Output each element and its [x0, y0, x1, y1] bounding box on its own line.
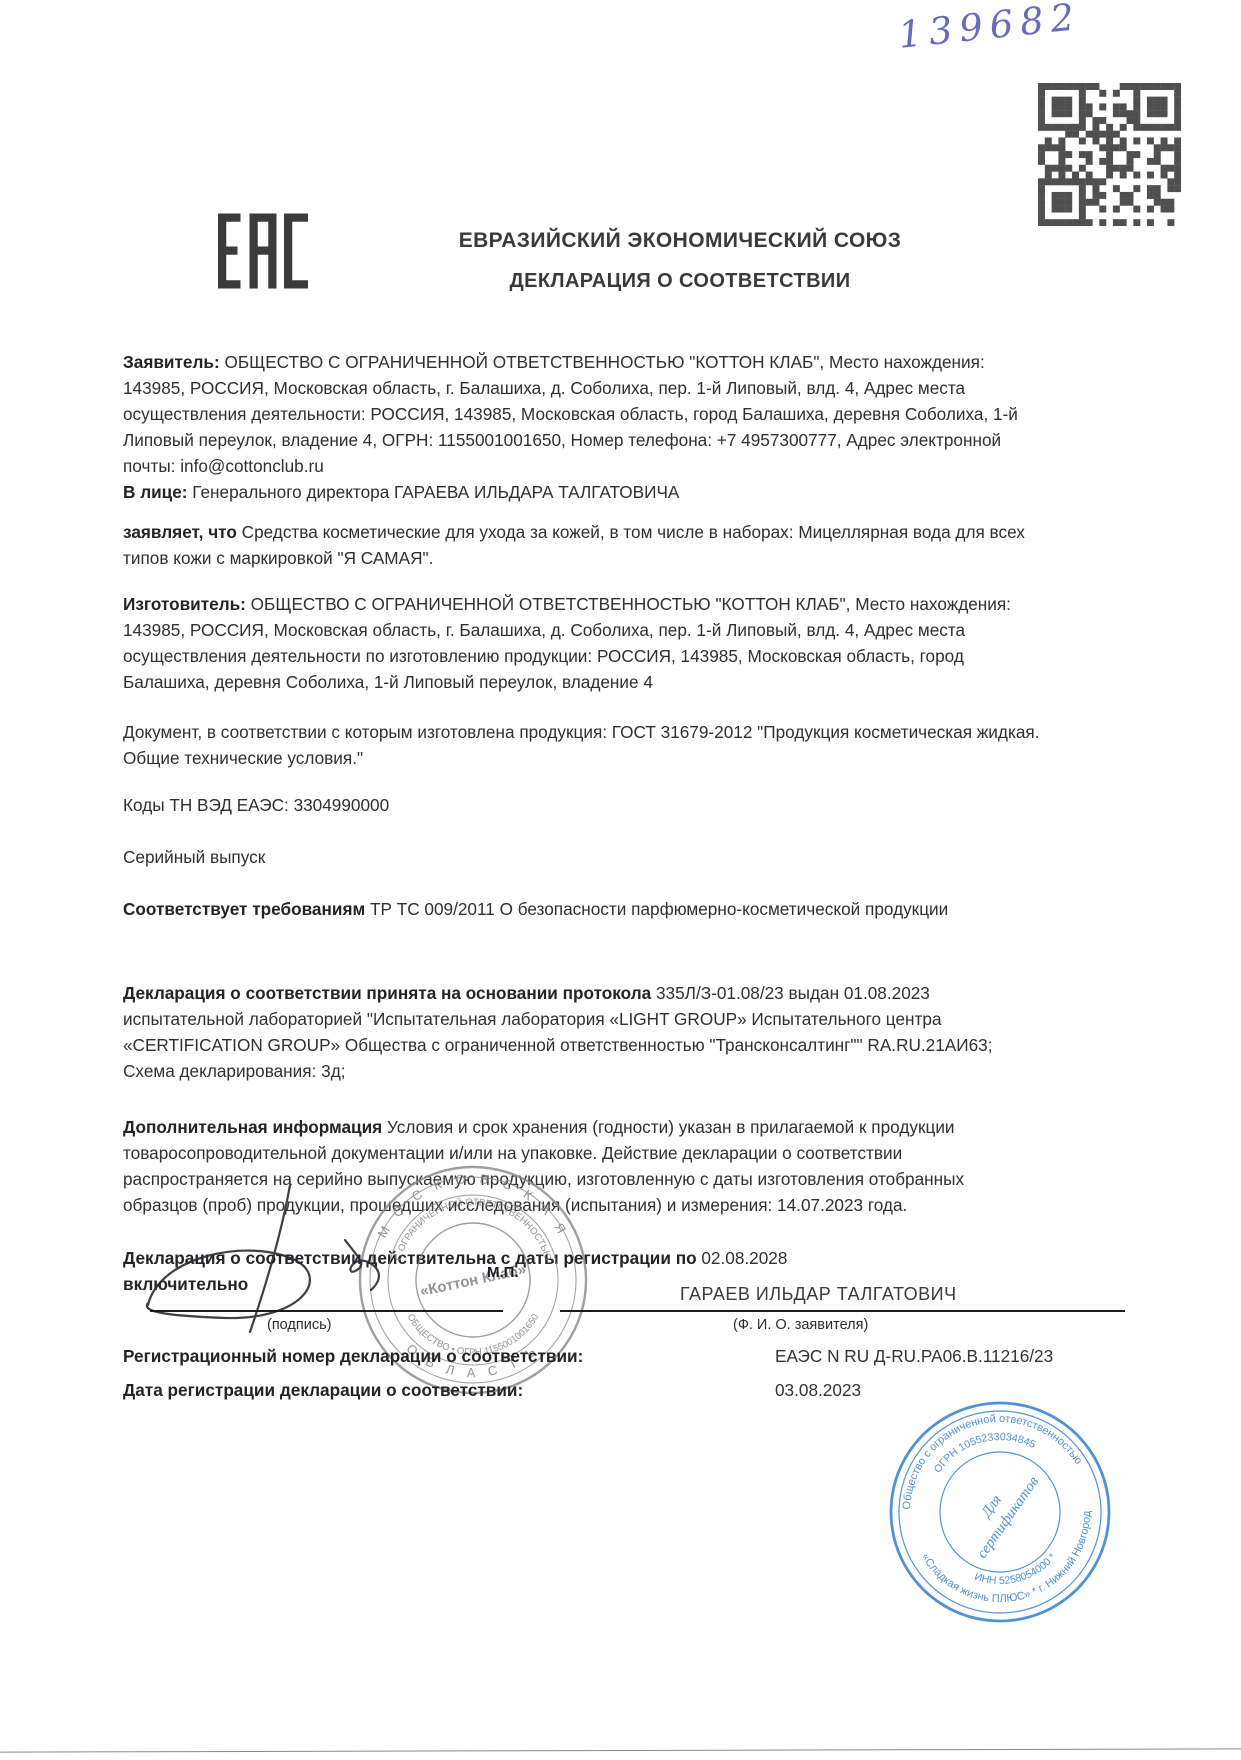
codes-text: Коды ТН ВЭД ЕАЭС: 3304990000	[123, 795, 389, 815]
serial-paragraph: Серийный выпуск	[123, 844, 1040, 870]
applicant-text: ОБЩЕСТВО С ОГРАНИЧЕННОЙ ОТВЕТСТВЕННОСТЬЮ…	[123, 352, 1018, 476]
document-paragraph: Документ, в соответствии с которым изгот…	[123, 719, 1040, 771]
manufacturer-paragraph: Изготовитель: ОБЩЕСТВО С ОГРАНИЧЕННОЙ ОТ…	[123, 591, 1040, 695]
signature-caption: (подпись)	[267, 1317, 331, 1333]
registration-number-label: Регистрационный номер декларации о соотв…	[123, 1346, 583, 1366]
registration-number-row: Регистрационный номер декларации о соотв…	[123, 1346, 1138, 1367]
in-person-paragraph: В лице: Генерального директора ГАРАЕВА И…	[123, 479, 1040, 505]
name-line	[560, 1310, 1125, 1312]
registration-number-value: ЕАЭС N RU Д-RU.РА06.В.11216/23	[775, 1346, 1053, 1367]
declares-text: Средства косметические для ухода за коже…	[123, 522, 1025, 568]
applicant-label: Заявитель:	[123, 352, 220, 372]
registration-date-label: Дата регистрации декларации о соответств…	[123, 1380, 523, 1400]
mp-seal-mark: М.П.	[487, 1264, 519, 1281]
registration-date-row: Дата регистрации декларации о соответств…	[123, 1380, 1138, 1401]
svg-text:Общество с ограниченной ответс: Общество с ограниченной ответственностью	[883, 1392, 1086, 1513]
codes-paragraph: Коды ТН ВЭД ЕАЭС: 3304990000	[123, 792, 1040, 818]
union-title: ЕВРАЗИЙСКИЙ ЭКОНОМИЧЕСКИЙ СОЮЗ	[150, 229, 1210, 253]
signature-line	[150, 1310, 503, 1312]
declares-paragraph: заявляет, что Средства косметические для…	[123, 519, 1040, 571]
in-person-text: Генерального директора ГАРАЕВА ИЛЬДАРА Т…	[188, 482, 680, 502]
qr-code	[1038, 83, 1181, 226]
cert-stamp-ring1-top: Общество с ограниченной ответственностью	[883, 1392, 1086, 1513]
validity-date: 02.08.2028	[697, 1248, 788, 1268]
cert-stamp-center-line2: сертификатов	[974, 1473, 1042, 1561]
cert-stamp: Общество с ограниченной ответственностью…	[880, 1392, 1120, 1632]
serial-text: Серийный выпуск	[123, 847, 265, 867]
doc-title: ДЕКЛАРАЦИЯ О СООТВЕТСТВИИ	[150, 270, 1210, 293]
manufacturer-text: ОБЩЕСТВО С ОГРАНИЧЕННОЙ ОТВЕТСТВЕННОСТЬЮ…	[123, 594, 1011, 692]
basis-paragraph: Декларация о соответствии принята на осн…	[123, 980, 1040, 1084]
applicant-paragraph: Заявитель: ОБЩЕСТВО С ОГРАНИЧЕННОЙ ОТВЕТ…	[123, 349, 1040, 479]
in-person-label: В лице:	[123, 482, 188, 502]
document-text: Документ, в соответствии с которым изгот…	[123, 722, 1039, 768]
registration-date-value: 03.08.2023	[775, 1380, 861, 1401]
complies-paragraph: Соответствует требованиям ТР ТС 009/2011…	[123, 896, 1040, 922]
complies-text: ТР ТС 009/2011 О безопасности парфюмерно…	[365, 899, 948, 919]
handwritten-number: 139682	[896, 0, 1089, 57]
additional-info-label: Дополнительная информация	[123, 1117, 382, 1137]
page: 139682 ЕВРАЗИЙСКИЙ ЭКОНОМИЧЕСКИЙ СОЮЗ ДЕ…	[0, 0, 1241, 1760]
applicant-name: ГАРАЕВ ИЛЬДАР ТАЛГАТОВИЧ	[680, 1284, 957, 1305]
declares-label: заявляет, что	[123, 522, 237, 542]
manufacturer-label: Изготовитель:	[123, 594, 246, 614]
scan-edge-line	[0, 1748, 1241, 1752]
complies-label: Соответствует требованиям	[123, 899, 365, 919]
name-caption: (Ф. И. О. заявителя)	[733, 1317, 868, 1333]
basis-label: Декларация о соответствии принята на осн…	[123, 983, 651, 1003]
